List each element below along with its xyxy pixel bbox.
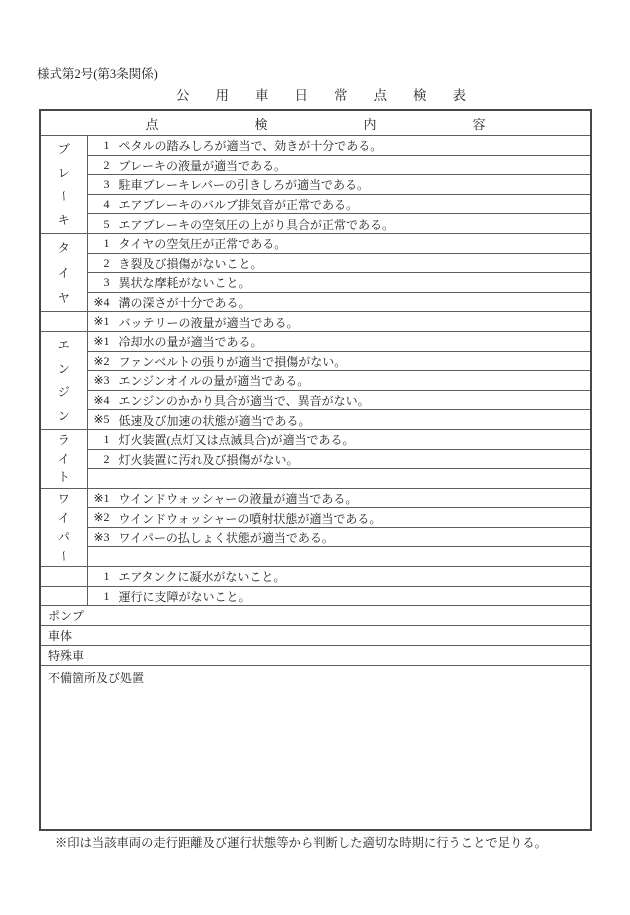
table-row: ※3エンジンオイルの量が適当である。	[40, 371, 591, 391]
category-char: キ	[58, 214, 70, 226]
item-number: 2	[88, 256, 110, 271]
table-header-cell: 点検内容	[40, 110, 591, 136]
table-row: 5エアブレーキの空気圧の上がり具合が正常である。	[40, 214, 591, 234]
full-width-label: 特殊車	[40, 646, 591, 666]
inspection-item-cell: 1灯火装置(点灯又は点滅具合)が適当である。	[87, 429, 591, 449]
item-number: ※2	[88, 354, 110, 369]
remarks-cell: 不備箇所及び処置	[40, 666, 591, 831]
category-label: ワイパー	[41, 490, 87, 565]
remarks-row: 不備箇所及び処置	[40, 666, 591, 831]
table-row: ※2ファンベルトの張りが適当で損傷がない。	[40, 351, 591, 371]
item-number: ※4	[88, 393, 110, 408]
category-char: イ	[58, 512, 70, 524]
table-row: 4エアブレーキのバルブ排気音が正常である。	[40, 194, 591, 214]
item-text: 異状な摩耗がないこと。	[119, 276, 251, 290]
table-row: ※1バッテリーの液量が適当である。	[40, 312, 591, 332]
category-char: ン	[58, 363, 70, 375]
table-row: 3駐車ブレーキレバーの引きしろが適当である。	[40, 175, 591, 195]
item-text: タイヤの空気圧が正常である。	[119, 237, 287, 251]
table-row: タイヤ1タイヤの空気圧が正常である。	[40, 233, 591, 253]
table-row: 1運行に支障がないこと。	[40, 586, 591, 606]
category-label: ライト	[41, 431, 87, 487]
category-cell	[40, 586, 87, 606]
category-cell	[40, 567, 87, 587]
inspection-item-cell: ※3エンジンオイルの量が適当である。	[87, 371, 591, 391]
table-row: ※4エンジンのかかり具合が適当で、異音がない。	[40, 390, 591, 410]
table-row: 2灯火装置に汚れ及び損傷がない。	[40, 449, 591, 469]
full-width-row: 車体	[40, 626, 591, 646]
item-number: 1	[88, 432, 110, 447]
table-row: 2き裂及び損傷がないこと。	[40, 253, 591, 273]
inspection-item-cell: ※5低速及び加速の状態が適当である。	[87, 410, 591, 430]
item-number: 2	[88, 158, 110, 173]
item-text: き裂及び損傷がないこと。	[119, 257, 263, 271]
item-text: ワイパーの払しょく状態が適当である。	[119, 531, 334, 545]
item-text: 溝の深さが十分である。	[119, 296, 251, 310]
table-row: 3異状な摩耗がないこと。	[40, 273, 591, 293]
form-number-label: 様式第2号(第3条関係)	[37, 64, 158, 82]
inspection-item-cell: ※1冷却水の量が適当である。	[87, 331, 591, 351]
item-number: 2	[88, 452, 110, 467]
table-row: ※4溝の深さが十分である。	[40, 292, 591, 312]
table-header-row: 点検内容	[40, 110, 591, 136]
item-number: ※1	[88, 491, 110, 506]
inspection-item-cell: 1エアタンクに凝水がないこと。	[87, 567, 591, 587]
category-label: タイヤ	[41, 235, 87, 310]
inspection-item-cell: 3異状な摩耗がないこと。	[87, 273, 591, 293]
category-cell: ワイパー	[40, 488, 87, 566]
item-text: エンジンのかかり具合が適当で、異音がない。	[119, 394, 370, 408]
item-number: 1	[88, 569, 110, 584]
table-row: ライト1灯火装置(点灯又は点滅具合)が適当である。	[40, 429, 591, 449]
item-number: 3	[88, 275, 110, 290]
category-char: イ	[58, 453, 70, 465]
item-number: ※2	[88, 510, 110, 525]
category-char: ン	[58, 410, 70, 422]
inspection-item-cell: ※2ウインドウォッシャーの噴射状態が適当である。	[87, 508, 591, 528]
item-number: 4	[88, 197, 110, 212]
category-char: ー	[58, 190, 70, 202]
table-row: エンジン※1冷却水の量が適当である。	[40, 331, 591, 351]
inspection-item-cell: 2灯火装置に汚れ及び損傷がない。	[87, 449, 591, 469]
category-label	[41, 313, 87, 330]
category-char: エ	[58, 339, 70, 351]
item-number: ※1	[88, 334, 110, 349]
category-char: タ	[58, 242, 70, 254]
page-title: 公用車日常点検表	[6, 84, 630, 105]
inspection-item-cell: 3駐車ブレーキレバーの引きしろが適当である。	[87, 175, 591, 195]
category-char: ラ	[58, 434, 70, 446]
category-label	[41, 568, 87, 585]
inspection-item-cell: 2き裂及び損傷がないこと。	[87, 253, 591, 273]
category-cell: タイヤ	[40, 233, 87, 311]
table-row: ※5低速及び加速の状態が適当である。	[40, 410, 591, 430]
category-char: ブ	[58, 143, 70, 155]
full-width-label: ポンプ	[40, 606, 591, 626]
inspection-item-cell: ※1バッテリーの液量が適当である。	[87, 312, 591, 332]
category-char: イ	[58, 267, 70, 279]
full-width-label: 車体	[40, 626, 591, 646]
category-cell: ブレーキ	[40, 136, 87, 234]
full-width-row: ポンプ	[40, 606, 591, 626]
item-number: ※5	[88, 412, 110, 427]
item-number: ※3	[88, 530, 110, 545]
table-row: ※2ウインドウォッシャーの噴射状態が適当である。	[40, 508, 591, 528]
item-text: エアブレーキのバルブ排気音が正常である。	[119, 198, 359, 212]
table-row	[40, 469, 591, 489]
item-text: 灯火装置(点灯又は点滅具合)が適当である。	[119, 433, 355, 447]
inspection-item-cell	[87, 547, 591, 567]
item-number: 1	[88, 589, 110, 604]
item-text: ブレーキの液量が適当である。	[119, 159, 287, 173]
inspection-item-cell	[87, 469, 591, 489]
category-cell: エンジン	[40, 331, 87, 429]
inspection-item-cell: ※4エンジンのかかり具合が適当で、異音がない。	[87, 390, 591, 410]
category-label: エンジン	[41, 333, 87, 428]
table-row: ブレーキ1ペタルの踏みしろが適当で、効きが十分である。	[40, 136, 591, 156]
category-label	[41, 588, 87, 605]
item-number: 1	[88, 138, 110, 153]
table-row: ワイパー※1ウインドウォッシャーの液量が適当である。	[40, 488, 591, 508]
item-text: エンジンオイルの量が適当である。	[119, 374, 310, 388]
item-number: 5	[88, 217, 110, 232]
table-row: 2ブレーキの液量が適当である。	[40, 155, 591, 175]
inspection-item-cell: ※1ウインドウォッシャーの液量が適当である。	[87, 488, 591, 508]
category-label: ブレーキ	[41, 137, 87, 232]
table-row: ※3ワイパーの払しょく状態が適当である。	[40, 527, 591, 547]
category-cell: ライト	[40, 429, 87, 488]
inspection-item-cell: 1ペタルの踏みしろが適当で、効きが十分である。	[87, 136, 591, 156]
item-number: ※1	[88, 314, 110, 329]
table-header-text: 点検内容	[145, 117, 581, 132]
inspection-item-cell: ※3ワイパーの払しょく状態が適当である。	[87, 527, 591, 547]
table-row	[40, 547, 591, 567]
item-number: ※3	[88, 373, 110, 388]
inspection-table: 点検内容 ブレーキ1ペタルの踏みしろが適当で、効きが十分である。2ブレーキの液量…	[39, 109, 592, 831]
category-char: ト	[58, 471, 70, 483]
inspection-item-cell: 1運行に支障がないこと。	[87, 586, 591, 606]
item-text: エアタンクに凝水がないこと。	[119, 570, 286, 584]
page-title-text: 公用車日常点検表	[176, 88, 492, 103]
item-text: ウインドウォッシャーの液量が適当である。	[119, 492, 358, 506]
item-text: エアブレーキの空気圧の上がり具合が正常である。	[119, 218, 395, 232]
item-text: ファンベルトの張りが適当で損傷がない。	[119, 355, 347, 369]
inspection-item-cell: 2ブレーキの液量が適当である。	[87, 155, 591, 175]
category-char: ヤ	[58, 292, 70, 304]
table-row: 1エアタンクに凝水がないこと。	[40, 567, 591, 587]
full-width-row: 特殊車	[40, 646, 591, 666]
inspection-item-cell: 5エアブレーキの空気圧の上がり具合が正常である。	[87, 214, 591, 234]
category-char: ワ	[58, 493, 70, 505]
inspection-item-cell: 4エアブレーキのバルブ排気音が正常である。	[87, 194, 591, 214]
category-cell	[40, 312, 87, 332]
document-page: 様式第2号(第3条関係) 公用車日常点検表 点検内容 ブレーキ1ペタルの踏みしろ…	[0, 0, 630, 915]
item-text: 運行に支障がないこと。	[119, 590, 251, 604]
category-char: ー	[58, 550, 70, 562]
inspection-item-cell: 1タイヤの空気圧が正常である。	[87, 233, 591, 253]
item-number: 1	[88, 236, 110, 251]
item-number: 3	[88, 177, 110, 192]
item-number: ※4	[88, 295, 110, 310]
category-char: ジ	[58, 386, 70, 398]
item-text: 灯火装置に汚れ及び損傷がない。	[119, 453, 299, 467]
category-char: レ	[58, 167, 70, 179]
inspection-item-cell: ※2ファンベルトの張りが適当で損傷がない。	[87, 351, 591, 371]
footnote: ※印は当該車両の走行距離及び運行状態等から判断した適切な時期に行うことで足りる。	[55, 833, 547, 851]
item-text: ウインドウォッシャーの噴射状態が適当である。	[119, 511, 382, 525]
item-text: 冷却水の量が適当である。	[119, 335, 263, 349]
item-text: 駐車ブレーキレバーの引きしろが適当である。	[119, 178, 370, 192]
category-char: パ	[58, 531, 70, 543]
inspection-item-cell: ※4溝の深さが十分である。	[87, 292, 591, 312]
item-text: ペタルの踏みしろが適当で、効きが十分である。	[119, 139, 383, 153]
item-text: バッテリーの液量が適当である。	[119, 315, 299, 329]
item-text: 低速及び加速の状態が適当である。	[119, 413, 311, 427]
